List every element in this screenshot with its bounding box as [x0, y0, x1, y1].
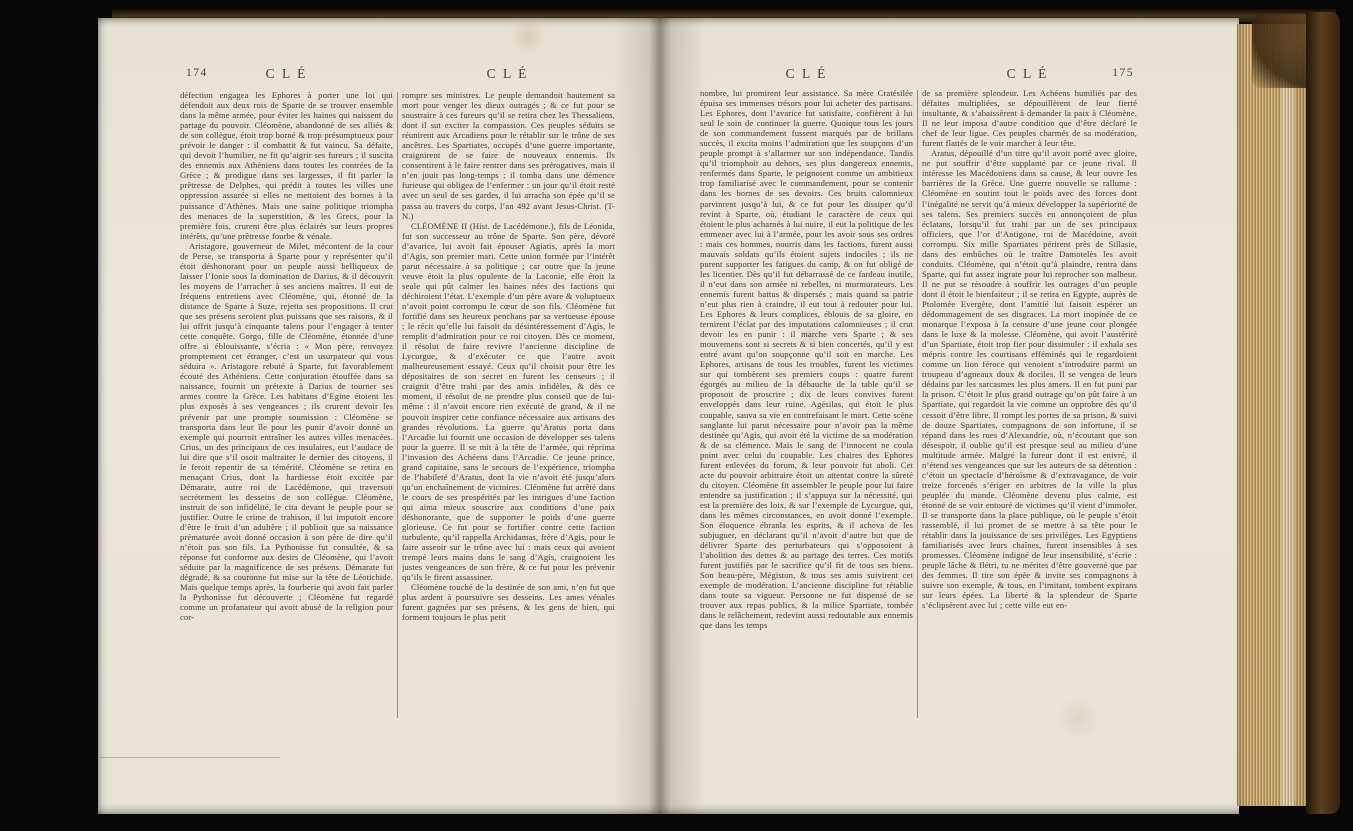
text-column-2: rompre ses ministres. Le peuple demandoi… [402, 90, 615, 724]
text-column-1: défection engagea les Ephores à porter u… [180, 90, 393, 724]
running-title: C L É [700, 66, 913, 84]
left-page-number: 174 [186, 67, 208, 79]
leather-cover-edge [1306, 12, 1340, 814]
right-page-header: C L É C L É 175 [700, 66, 1136, 84]
running-title: C L É [180, 66, 393, 84]
book-photograph: 174 C L É C L É C L É C L É 175 défectio… [0, 0, 1353, 831]
text-column-3: nombre, lui promirent leur assistance. S… [700, 88, 913, 722]
fore-edge-striations [1237, 24, 1309, 806]
under-page-edge [100, 757, 280, 758]
paragraph: rompre ses ministres. Le peuple demandoi… [402, 90, 615, 221]
column-divider-rule [917, 90, 918, 718]
paragraph: Aratus, dépouillé d’un titre qu’il avoit… [922, 148, 1137, 610]
right-page-number: 175 [1112, 67, 1134, 79]
running-title: C L É [401, 66, 614, 84]
paragraph: Aristagore, gouverneur de Milet, méconte… [180, 241, 393, 623]
paragraph: CLÉOMÈNE II (Hist. de Lacédémone.), fils… [402, 221, 615, 583]
fore-edge-page-stack [1237, 24, 1309, 806]
paragraph: de sa première splendeur. Les Achéens hu… [922, 88, 1137, 148]
paragraph: nombre, lui promirent leur assistance. S… [700, 88, 913, 631]
column-divider-rule [397, 92, 398, 718]
text-column-4: de sa première splendeur. Les Achéens hu… [922, 88, 1137, 722]
running-title: C L É [921, 66, 1134, 84]
left-page-header: 174 C L É C L É [180, 66, 614, 84]
paragraph: Cléomène touché de la destinée de son am… [402, 582, 615, 622]
paragraph: défection engagea les Ephores à porter u… [180, 90, 393, 241]
